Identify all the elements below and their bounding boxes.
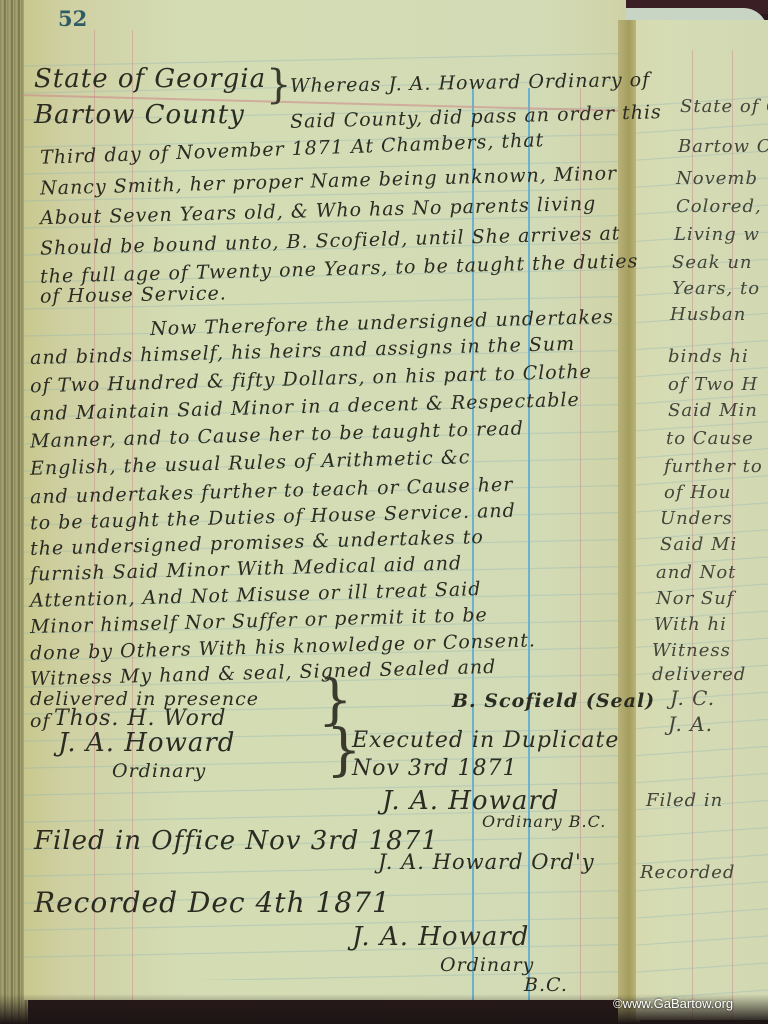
filed-signer: J. A. Howard Ord'y bbox=[378, 850, 595, 874]
witness-2-title: Ordinary bbox=[112, 760, 206, 782]
right-fragment: Unders bbox=[660, 508, 733, 529]
right-fragment: Husban bbox=[670, 304, 746, 325]
page-number: 52 bbox=[58, 6, 87, 31]
right-fragment: State of G bbox=[680, 96, 768, 117]
recorded-county: B.C. bbox=[524, 974, 568, 996]
right-fragment: Colored, bbox=[676, 196, 762, 217]
executed-line-2: Nov 3rd 1871 bbox=[352, 756, 518, 781]
executed-signer-title: Ordinary B.C. bbox=[482, 812, 606, 831]
watermark: ©www.GaBartow.org bbox=[613, 996, 733, 1011]
right-fragment: binds hi bbox=[668, 346, 749, 367]
right-fragment: Filed in bbox=[646, 790, 723, 811]
right-fragment: Seak un bbox=[672, 252, 753, 273]
right-fragment: Bartow Co bbox=[678, 136, 768, 157]
right-fragment: Witness bbox=[652, 640, 731, 661]
right-fragment: of Two H bbox=[668, 374, 758, 395]
right-fragment: further to bbox=[664, 456, 763, 477]
right-fragment: Recorded bbox=[640, 862, 735, 883]
witness-label: of bbox=[30, 710, 50, 732]
right-fragment: Novemb bbox=[676, 168, 758, 189]
right-fragment: Years, to bbox=[672, 278, 760, 299]
recorded-title: Ordinary bbox=[440, 954, 534, 976]
witness-2-signature: J. A. Howard bbox=[58, 728, 235, 758]
right-fragment: With hi bbox=[654, 614, 727, 635]
header-state: State of Georgia bbox=[34, 64, 266, 94]
right-fragment: Said Min bbox=[668, 400, 758, 421]
recorded-line: Recorded Dec 4th 1871 bbox=[34, 886, 391, 919]
right-fragment: to Cause bbox=[666, 428, 754, 449]
right-fragment: delivered bbox=[652, 664, 746, 685]
right-fragment: of Hou bbox=[664, 482, 731, 503]
principal-signature: B. Scofield (Seal) bbox=[452, 690, 655, 712]
header-county: Bartow County bbox=[34, 100, 245, 130]
right-fragment: Said Mi bbox=[660, 534, 737, 555]
right-fragment: J. C. bbox=[670, 686, 715, 710]
right-fragment: J. A. bbox=[668, 712, 713, 736]
right-fragment: Living w bbox=[674, 224, 760, 245]
right-fragment: Nor Suf bbox=[656, 588, 735, 609]
body-line: of House Service. bbox=[40, 282, 227, 307]
right-fragment: and Not bbox=[656, 562, 736, 583]
ledger-photo: 52 State of Georgia Bartow County } Wher… bbox=[0, 0, 768, 1024]
executed-line-1: Executed in Duplicate bbox=[352, 728, 619, 753]
brace-icon: } bbox=[266, 62, 291, 108]
recorded-signer: J. A. Howard bbox=[352, 922, 529, 952]
